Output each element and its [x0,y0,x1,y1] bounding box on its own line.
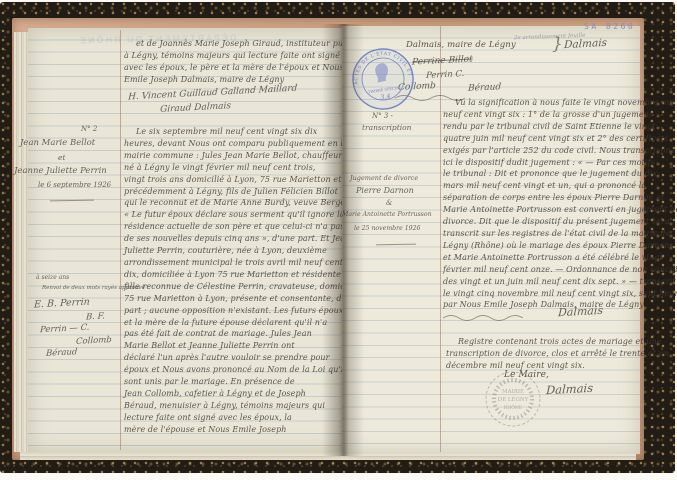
closing-mayor-signature: Dalmais [546,381,594,398]
act2-margin-number: N° 2 [81,125,97,133]
signature-brace: } [552,34,563,54]
act2-margin-et: et [58,153,65,162]
mairie-stamp-line2: DE LÉGNY [498,395,529,403]
mairie-stamp-line3: RHÔNE [504,403,522,411]
witness2-signature: Béraud [468,82,502,94]
mairie-stamp-line1: MAIRIE [502,389,524,395]
margin-signature-witness1: Collomb [76,335,112,347]
judgment-party2: Marie Antoinette Portrusson [342,211,432,218]
mairie-stamp-icon: MAIRIE DE LÉGNY RHÔNE [484,370,542,428]
judgment-date: le 25 novembre 1926 [354,225,420,232]
margin-signature-bride: E. B. Perrin [34,297,90,311]
archive-code-watermark: SA 8260 [584,22,635,31]
mayor-signature-top: Dalmais [564,37,608,51]
act3-margin-type: transcription [362,123,412,132]
act1-signatures-row1: H. Vincent Guillaud Galland Maillard [128,84,298,103]
act2-continuation-text: Dalmais, maire de Légny [406,40,516,52]
margin-signature-mother: Perrin — C. [40,323,90,336]
register-closing-text: Registre contenant trois actes de mariag… [446,336,654,372]
right-margin-rule [440,26,441,452]
act2-margin-groom-name: Jean Marie Bellot [20,138,95,148]
act3-mayor-signature: Dalmais [558,304,604,319]
bride-signature: Perrine Billot [412,54,473,67]
mother-signature: Perrin C. [426,69,465,81]
act1-signatures-row2: Giraud Dalmais [160,101,231,115]
act2-margin-date: le 6 septembre 1926 [38,181,111,189]
margin-separator-dash-right [376,244,416,246]
left-page: DÉPARTEMENT DU RHÔNE et de Joannès Marie… [28,28,342,452]
act2-body-text: Le six septembre mil neuf cent vingt six… [124,126,342,436]
right-page: 2e arrondissement feuille Dalmais, maire… [342,26,640,454]
margin-separator-dash [50,200,94,202]
judgment-party1: Pierre Darnon [356,186,414,195]
fiscal-stamp-value: 3,4 [380,92,391,101]
closing-flourish-line [442,314,534,322]
left-margin-rule [120,30,121,450]
act3-body-text: Vu la signification à nous faite le ving… [443,97,649,311]
judgment-title: Jugement de divorce [350,174,418,182]
fiscal-stamp-icon: ACTES DE L'ÉTAT CIVIL ET REMPLACEMENT TI… [346,42,421,117]
judgment-ampersand: & [386,199,392,207]
margin-signature-witness2: Béraud [46,347,78,359]
margin-age-note: à seize ans [36,274,69,281]
act3-margin-number: N° 3 - [372,112,393,120]
act1-ending-text: et de Joannès Marie Joseph Giraud, insti… [124,38,340,86]
register-scan: DÉPARTEMENT DU RHÔNE et de Joannès Marie… [0,0,677,480]
act2-margin-bride-name: Jeanne Juliette Perrin [14,166,107,176]
margin-signature-groom: B. F. [86,311,105,322]
